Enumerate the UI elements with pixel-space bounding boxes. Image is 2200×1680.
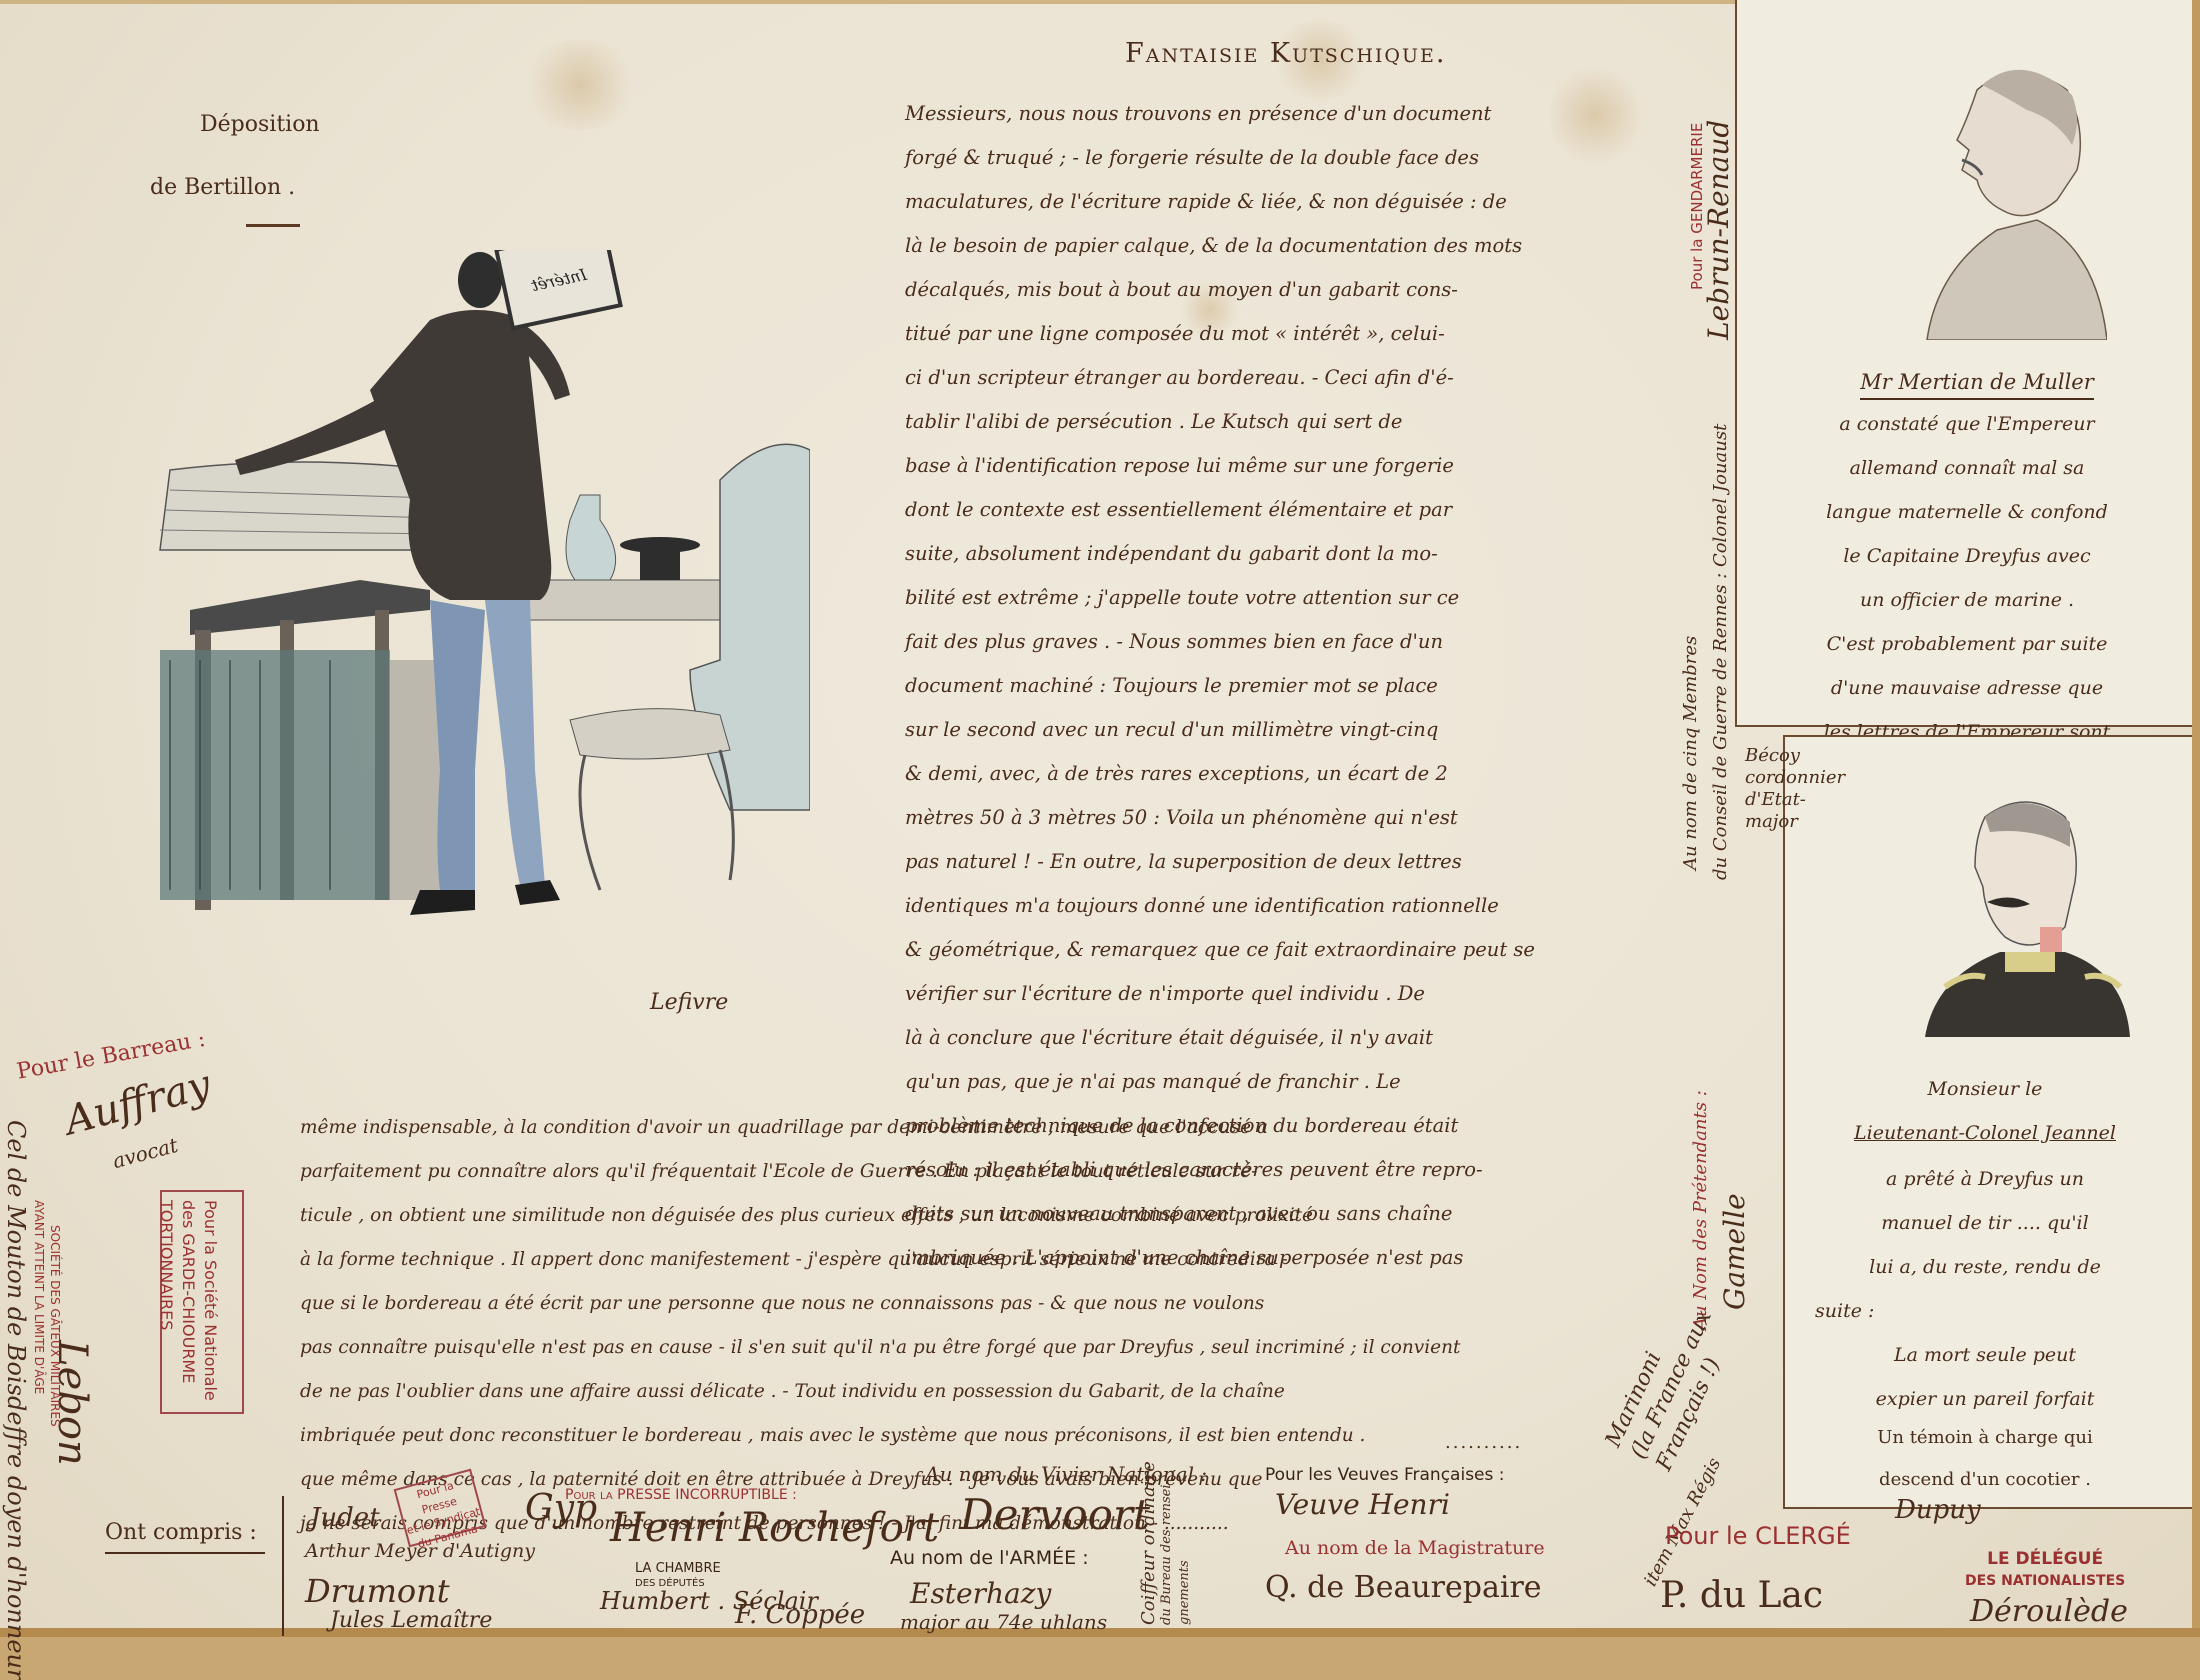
signature-drumont: Drumont	[305, 1572, 450, 1610]
text-line: manuel de tir .... qu'il	[1785, 1201, 2185, 1245]
barreau-signature-avocat: avocat	[110, 1133, 180, 1173]
text-line: suite, absolument indépendant du gabarit…	[905, 532, 1665, 576]
text-line: de ne pas l'oublier dans une affaire aus…	[300, 1370, 1660, 1414]
signature-esterhazy: Esterhazy	[910, 1577, 1051, 1610]
signature-veuve-henri: Veuve Henri	[1275, 1488, 1450, 1521]
main-deposition-text: Messieurs, nous nous trouvons en présenc…	[905, 92, 1665, 1280]
text-line: fait des plus graves . - Nous sommes bie…	[905, 620, 1665, 664]
dotted-continuation: ..........	[1445, 1432, 1522, 1453]
nationalistes-label: LE DÉLÉGUÉ DES NATIONALISTES	[1965, 1548, 2125, 1592]
text-line: un officier de marine .	[1757, 578, 2177, 622]
clerge-label: Pour le CLERGÉ	[1665, 1522, 1851, 1550]
muller-name: Mr Mertian de Muller	[1777, 360, 2177, 404]
deposition-heading-line1: Déposition	[200, 112, 320, 137]
pretendants-label: Au Nom des Prétendants :	[1690, 1090, 1711, 1330]
signature-jules-lemaitre: Jules Lemaître	[330, 1608, 492, 1633]
magistrature-label: Au nom de la Magistrature	[1285, 1537, 1545, 1559]
societe-nationale-stamp: Pour la Société Nationale des GARDE-CHIO…	[160, 1190, 244, 1414]
text-line: ticule , on obtient une similitude non d…	[300, 1194, 1660, 1238]
heading-underline	[246, 224, 300, 227]
text-line: bilité est extrême ; j'appelle toute vot…	[905, 576, 1665, 620]
document-title: Fantaisie Kutschique.	[1125, 38, 1446, 69]
bertillon-illustration: Intérêt Lefivre	[130, 250, 810, 950]
text-line: mètres 50 à 3 mètres 50 : Voila un phéno…	[905, 796, 1665, 840]
text-line: Messieurs, nous nous trouvons en présenc…	[905, 92, 1665, 136]
text-line: allemand connaît mal sa	[1757, 446, 2177, 490]
signatories-bracket	[282, 1496, 296, 1636]
presse-incorruptible-label: Pour la PRESSE INCORRUPTIBLE :	[565, 1487, 797, 1503]
text-line: titué par une ligne composée du mot « in…	[905, 312, 1665, 356]
gendarmerie-signature: Lebrun-Renaud	[1702, 120, 1735, 340]
text-line: Un témoin à charge qui	[1785, 1417, 2185, 1459]
text-line: parfaitement pu connaître alors qu'il fr…	[300, 1150, 1660, 1194]
jeannel-text: a prêté à Dreyfus un manuel de tir .... …	[1785, 1157, 2185, 1421]
frame-edge-right	[2192, 0, 2200, 1637]
text-line: base à l'identification repose lui même …	[905, 444, 1665, 488]
jeannel-heading: Monsieur le Lieutenant-Colonel Jeannel	[1785, 1067, 2185, 1155]
text-line: qu'un pas, que je n'ai pas manqué de fra…	[905, 1060, 1665, 1104]
document-sheet: Fantaisie Kutschique. Déposition de Bert…	[0, 0, 2200, 1637]
signature-rochefort: Henri Rochefort	[610, 1505, 939, 1551]
text-line: & géométrique, & remarquez que ce fait e…	[905, 928, 1665, 972]
signature-dervoort: Dervoort	[960, 1490, 1150, 1539]
text-line: identiques m'a toujours donné une identi…	[905, 884, 1665, 928]
text-line: expier un pareil forfait	[1785, 1377, 2185, 1421]
artist-signature: Lefivre	[650, 990, 728, 1015]
text-line: maculatures, de l'écriture rapide & liée…	[905, 180, 1665, 224]
text-line: La mort seule peut	[1785, 1333, 2185, 1377]
muller-panel: Mr Mertian de Muller a constaté que l'Em…	[1735, 0, 2192, 727]
becoy-note: Bécoy cordonnier d'Etat- major	[1745, 745, 1845, 833]
signature-deroulede: Déroulède	[1970, 1594, 2128, 1629]
signature-beaurepaire: Q. de Beaurepaire	[1265, 1570, 1542, 1605]
text-line: ci d'un scripteur étranger au bordereau.…	[905, 356, 1665, 400]
text-line: le Capitaine Dreyfus avec	[1757, 534, 2177, 578]
text-line: sur le second avec un recul d'un millimè…	[905, 708, 1665, 752]
illustration-drawing-icon: Intérêt	[130, 250, 810, 950]
conseil-label-line1: Au nom de cinq Membres	[1680, 636, 1701, 870]
signature-du-lac: P. du Lac	[1660, 1575, 1823, 1616]
coiffeur-note: Coiffeur ordinaire du Bureau des rensei-…	[1140, 1461, 1194, 1625]
text-line: lui a, du reste, rendu de	[1785, 1245, 2185, 1289]
deposition-heading-line2: de Bertillon .	[150, 175, 295, 200]
text-line: document machiné : Toujours le premier m…	[905, 664, 1665, 708]
ont-compris-heading: Ont compris :	[105, 1520, 257, 1545]
signature-coppee: F. Coppée	[735, 1600, 865, 1630]
text-line: que si le bordereau a été écrit par une …	[300, 1282, 1660, 1326]
text-line: tablir l'alibi de persécution . Le Kutsc…	[905, 400, 1665, 444]
jeannel-portrait-icon	[1915, 787, 2135, 1037]
conseil-label-line2: du Conseil de Guerre de Rennes : Colonel…	[1710, 424, 1731, 880]
text-line: suite :	[1785, 1289, 2185, 1333]
text-line: même indispensable, à la condition d'avo…	[300, 1106, 1660, 1150]
pretendants-signature: Gamelle	[1718, 1193, 1751, 1310]
text-line: dont le contexte est essentiellement élé…	[905, 488, 1665, 532]
gateux-label-line2: AYANT ATTEINT LA LIMITE D'ÂGE	[32, 1200, 46, 1394]
armee-label: Au nom de l'ARMÉE :	[890, 1547, 1089, 1569]
text-line: pas connaître puisqu'elle n'est pas en c…	[300, 1326, 1660, 1370]
text-line: d'une mauvaise adresse que	[1757, 666, 2177, 710]
text-line: là à conclure que l'écriture était dégui…	[905, 1016, 1665, 1060]
signature-judet: Judet	[310, 1503, 380, 1533]
text-line: C'est probablement par suite	[1757, 622, 2177, 666]
signature-esterhazy-rank: major au 74e uhlans	[900, 1610, 1107, 1634]
text-line: a constaté que l'Empereur	[1757, 402, 2177, 446]
text-line: a prêté à Dreyfus un	[1785, 1157, 2185, 1201]
muller-portrait-icon	[1907, 50, 2107, 340]
boisdeffre-signature: Cel de Mouton de Boisdeffre doyen d'honn…	[2, 1120, 30, 1637]
text-line: langue maternelle & confond	[1757, 490, 2177, 534]
paper-stain	[520, 40, 640, 130]
heading-underline	[105, 1552, 265, 1554]
text-line: vérifier sur l'écriture de n'importe que…	[905, 972, 1665, 1016]
text-line: à la forme technique . Il appert donc ma…	[300, 1238, 1660, 1282]
text-line: descend d'un cocotier .	[1785, 1459, 2185, 1501]
veuves-label: Pour les Veuves Françaises :	[1265, 1465, 1505, 1485]
text-line: & demi, avec, à de très rares exceptions…	[905, 752, 1665, 796]
jeannel-footer: Un témoin à charge qui descend d'un coco…	[1785, 1417, 2185, 1501]
text-line: décalqués, mis bout à bout au moyen d'un…	[905, 268, 1665, 312]
text-line: là le besoin de papier calque, & de la d…	[905, 224, 1665, 268]
text-line: Monsieur le	[1785, 1067, 2185, 1111]
gateux-label-line1: SOCIÉTÉ DES GÂTEUX MILITAIRES	[48, 1225, 62, 1427]
text-line: pas naturel ! - En outre, la superpositi…	[905, 840, 1665, 884]
text-line: forgé & truqué ; - le forgerie résulte d…	[905, 136, 1665, 180]
text-line: Lieutenant-Colonel Jeannel	[1785, 1111, 2185, 1155]
signature-dupuy: Dupuy	[1895, 1495, 1981, 1525]
barreau-signature-auffray: Auffray	[60, 1062, 215, 1145]
jeannel-panel: Monsieur le Lieutenant-Colonel Jeannel a…	[1783, 735, 2192, 1509]
